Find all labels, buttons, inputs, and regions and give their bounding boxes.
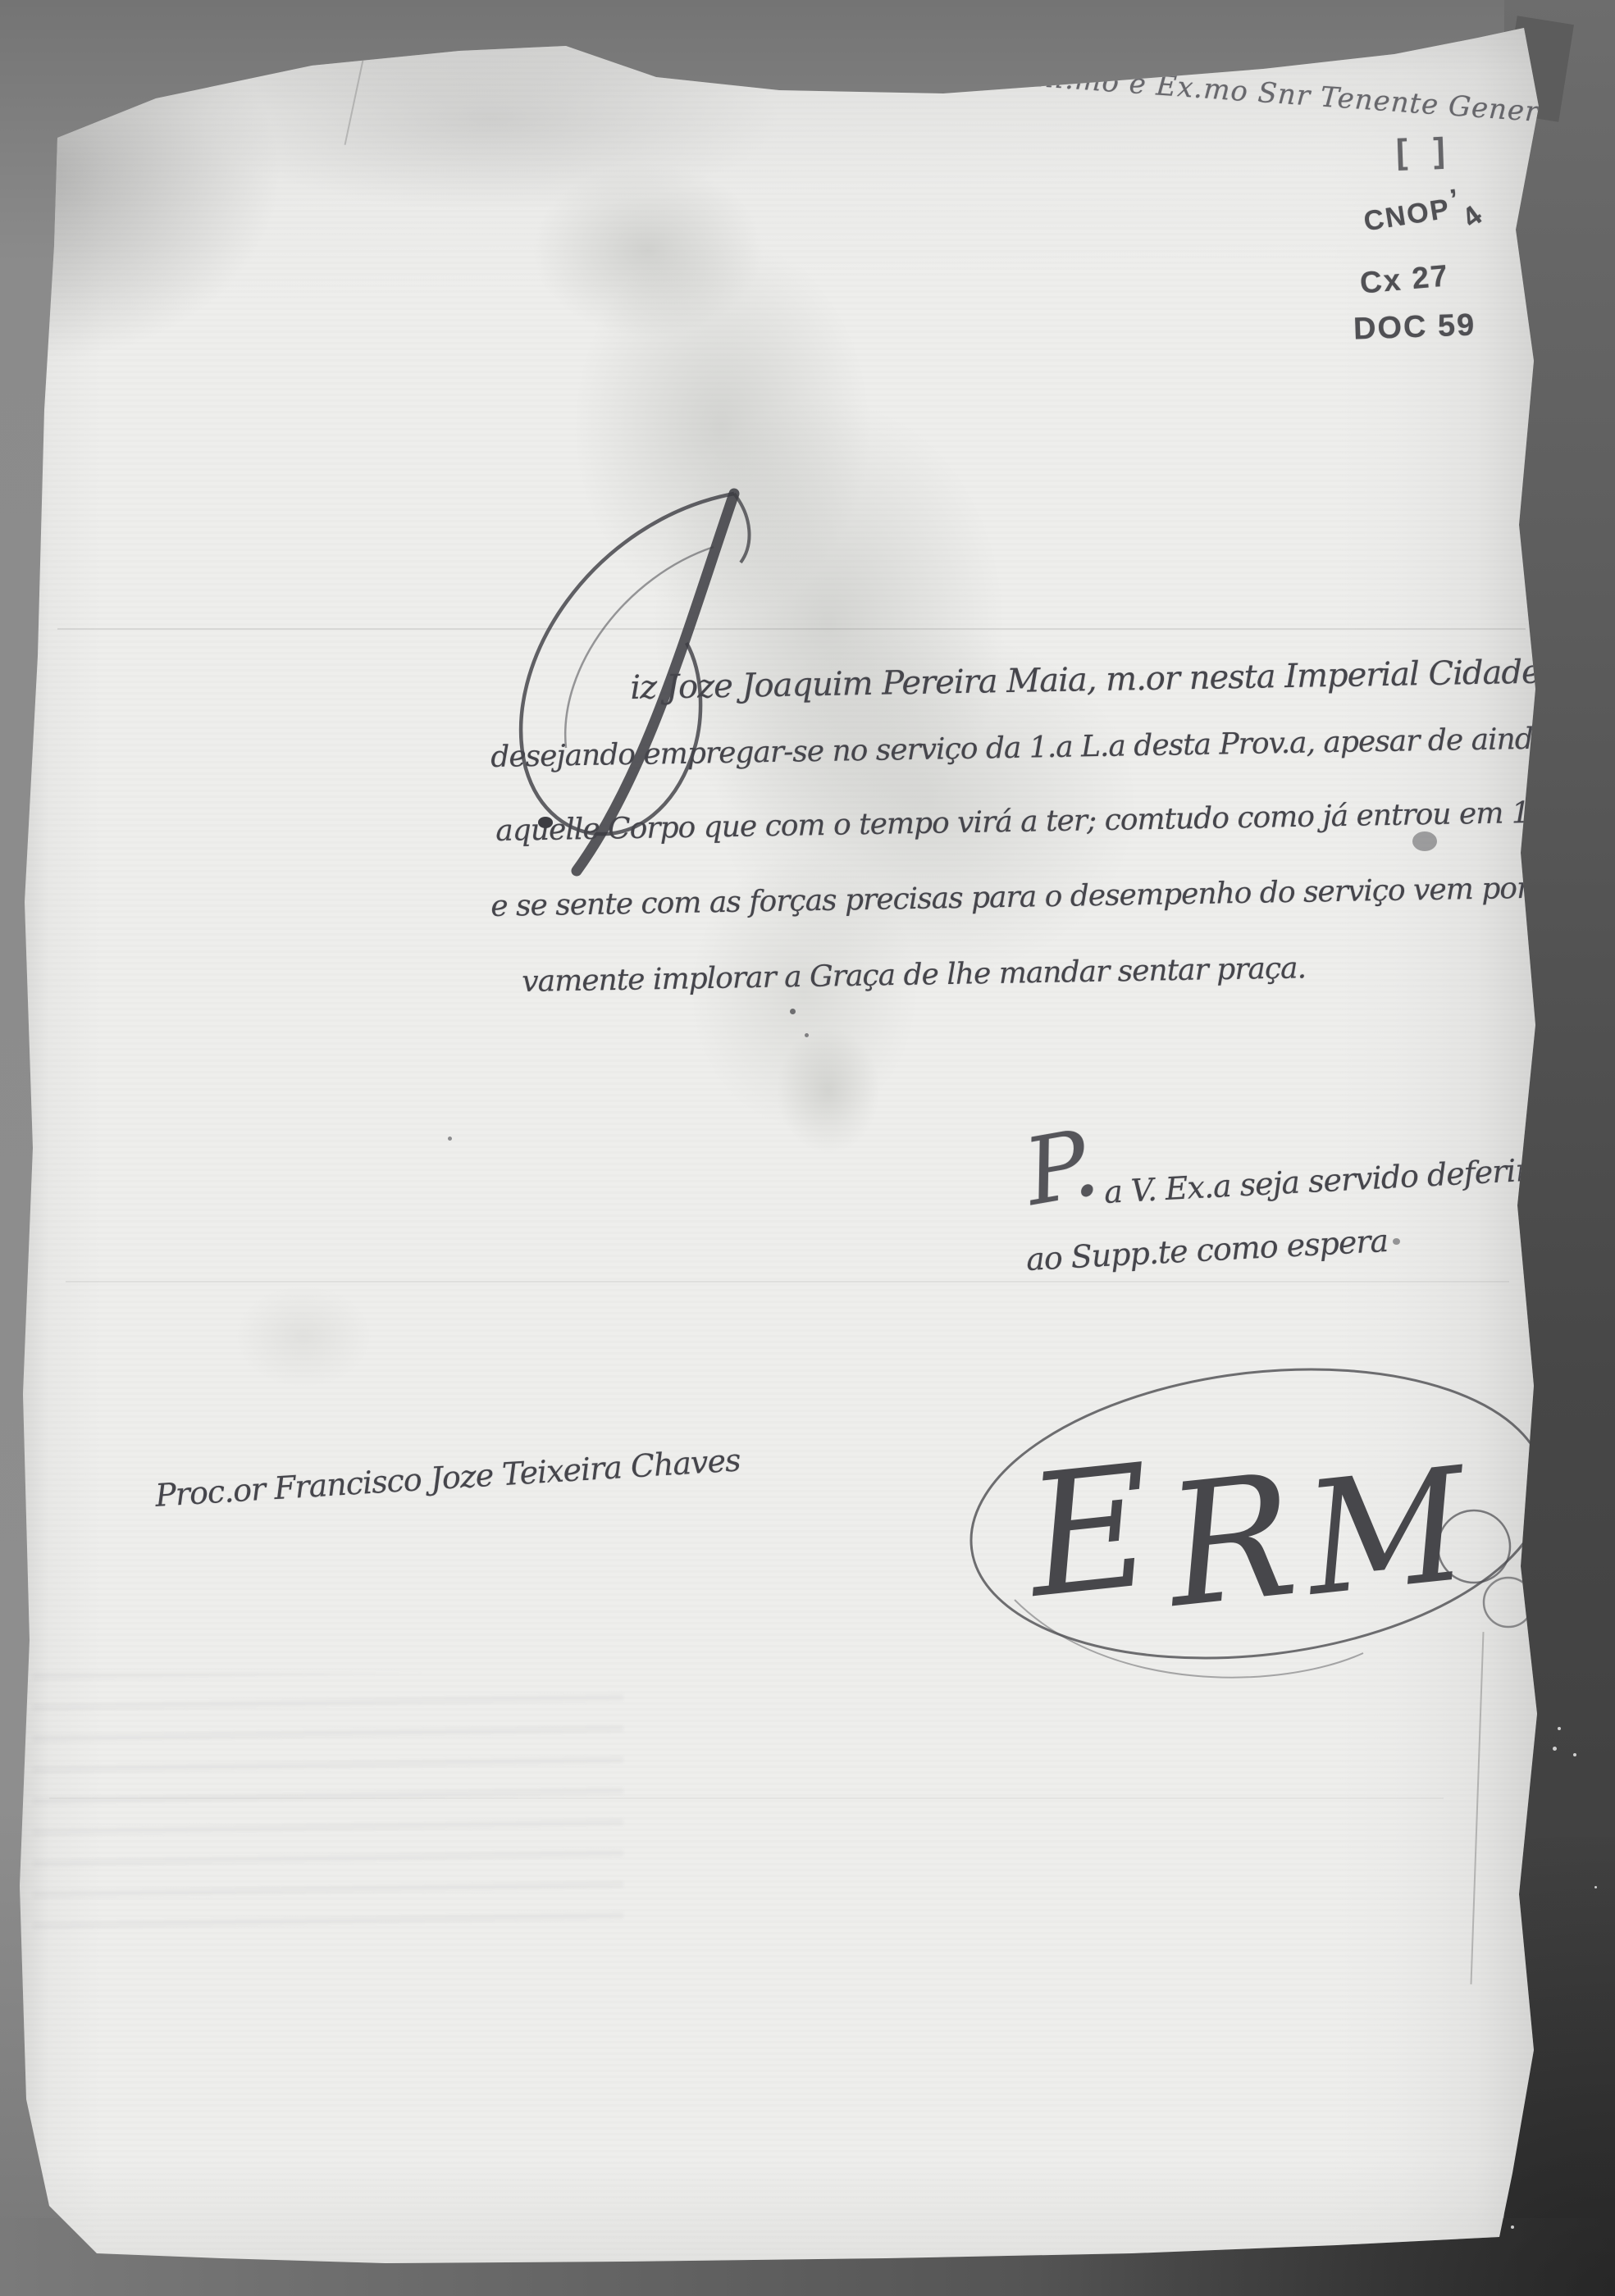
ink-bleed-through xyxy=(33,1673,623,1943)
salutation-line: Ill.mo e Ex.mo Snr Tenente General xyxy=(1033,61,1567,130)
petition-formula-line-1: a V. Ex.a seja servido deferir xyxy=(1103,1152,1531,1210)
monogram-letter-r: R xyxy=(1155,1438,1304,1646)
ink-speck xyxy=(448,1137,452,1141)
ink-blot xyxy=(1412,831,1437,851)
archival-cnop-mark: CNOP’4 xyxy=(1362,189,1479,238)
monogram-letter-e: E xyxy=(1015,1428,1161,1636)
erm-monogram: E R M xyxy=(937,1350,1601,1694)
cnop-number: 4 xyxy=(1457,199,1490,235)
procurator-signature: Proc.or Francisco Joze Teixeira Chaves xyxy=(154,1442,741,1514)
cnop-label: CNOP xyxy=(1362,193,1453,237)
petition-formula-line-2: ao Supp.te como espera xyxy=(1025,1223,1389,1278)
dust-speck xyxy=(1553,1747,1557,1751)
tear-crease xyxy=(344,48,367,145)
scanned-manuscript-page: Ill.mo e Ex.mo Snr Tenente General [ ] C… xyxy=(0,0,1615,2296)
petition-body-line-5: vamente implorar a Graça de lhe mandar s… xyxy=(522,951,1306,999)
dust-speck xyxy=(1511,2225,1514,2229)
archival-doc-mark: DOC 59 xyxy=(1353,307,1476,347)
archival-box-mark: Cx 27 xyxy=(1358,258,1450,300)
dust-speck xyxy=(1594,1886,1597,1888)
paper-sheet: Ill.mo e Ex.mo Snr Tenente General [ ] C… xyxy=(0,0,1615,2296)
dust-speck xyxy=(1573,1753,1576,1756)
archival-bracket-mark: [ ] xyxy=(1395,130,1453,171)
ink-speck xyxy=(805,1033,809,1037)
dust-speck xyxy=(1558,1727,1561,1730)
ink-blot xyxy=(538,817,553,828)
ink-speck xyxy=(790,1009,796,1014)
fold-crease xyxy=(66,1281,1509,1282)
monogram-letter-m: M xyxy=(1295,1433,1479,1631)
petition-formula-initial: P. xyxy=(1017,1109,1106,1227)
ink-speck xyxy=(1393,1238,1400,1245)
